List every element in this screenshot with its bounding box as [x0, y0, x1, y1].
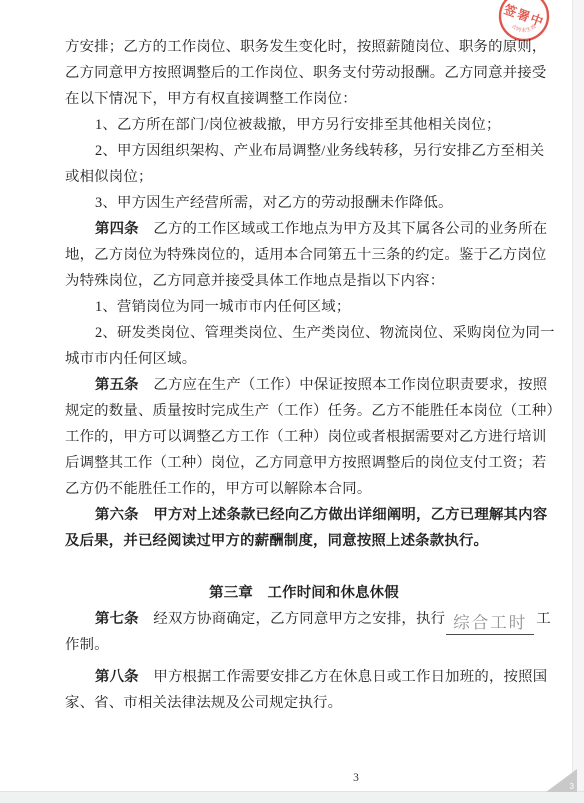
document-line: 城市市内任何区域。	[65, 346, 543, 372]
text-segment: 城市市内任何区域。	[65, 351, 196, 367]
document-line: 第四条 乙方的工作区域或工作地点为甲方及其下属各公司的业务所在	[65, 216, 543, 242]
text-segment: 在以下情况下，甲方有权直接调整工作岗位：	[65, 91, 357, 107]
text-segment: 及后果，并已经阅读过甲方的薪酬制度，同意按照上述条款执行。	[65, 533, 488, 549]
text-segment: 第七条	[95, 611, 139, 627]
text-segment: 规定的数量、质量按时完成生产（工作）任务。乙方不能胜任本岗位（工种）	[65, 403, 561, 419]
document-line: 作制。	[65, 632, 543, 658]
text-segment: 经双方协商确定，乙方同意甲方之安排，执行	[139, 611, 445, 627]
text-segment: 甲方根据工作需要安排乙方在休息日或工作日加班的，按照国	[139, 669, 548, 685]
document-line: 1、乙方所在部门/岗位被裁撤，甲方另行安排至其他相关岗位；	[65, 112, 543, 138]
text-segment: 第三章 工作时间和休息休假	[209, 585, 399, 601]
text-segment: 或相似岗位；	[65, 169, 153, 185]
document-line: 2、研发类岗位、管理类岗位、生产类岗位、物流岗位、采购岗位为同一	[65, 320, 543, 346]
document-line: 乙方同意甲方按照调整后的工作岗位、职务支付劳动报酬。乙方同意并接受	[65, 60, 543, 86]
text-segment: 工作的，甲方可以调整乙方工作（工种）岗位或者根据需要对乙方进行培训	[65, 429, 547, 445]
text-segment: 乙方同意甲方按照调整后的工作岗位、职务支付劳动报酬。乙方同意并接受	[65, 65, 547, 81]
viewer-bottom-gutter	[0, 791, 584, 803]
document-line: 为特殊岗位，乙方同意并接受具体工作地点是指以下内容：	[65, 268, 543, 294]
text-segment: 2、甲方因组织架构、产业布局调整/业务线转移，另行安排乙方至相关	[95, 143, 544, 159]
text-segment: 地，乙方岗位为特殊岗位的，适用本合同第五十三条的约定。鉴于乙方岗位	[65, 247, 547, 263]
document-lines: 方安排；乙方的工作岗位、职务发生变化时，按照薪随岗位、职务的原则，乙方同意甲方按…	[65, 34, 543, 716]
contract-page-content: 方安排；乙方的工作岗位、职务发生变化时，按照薪随岗位、职务的原则，乙方同意甲方按…	[65, 34, 543, 716]
text-segment: 家、省、市相关法律法规及公司规定执行。	[65, 695, 342, 711]
text-segment: 第六条	[95, 507, 139, 523]
document-line: 第七条 经双方协商确定，乙方同意甲方之安排，执行综合工时工	[65, 606, 543, 632]
document-line: 方安排；乙方的工作岗位、职务发生变化时，按照薪随岗位、职务的原则，	[65, 34, 543, 60]
chapter-heading: 第三章 工作时间和休息休假	[65, 580, 543, 606]
text-segment: 3、甲方因生产经营所需，对乙方的劳动报酬未作降低。	[95, 195, 453, 211]
document-line: 或相似岗位；	[65, 164, 543, 190]
text-segment: 工	[536, 611, 551, 627]
document-line: 3、甲方因生产经营所需，对乙方的劳动报酬未作降低。	[65, 190, 543, 216]
viewer-right-gutter	[572, 0, 584, 803]
document-line: 第六条 甲方对上述条款已经向乙方做出详细阐明，乙方已理解其内容	[65, 502, 543, 528]
text-segment: 2、研发类岗位、管理类岗位、生产类岗位、物流岗位、采购岗位为同一	[95, 325, 555, 341]
text-segment: 后调整其工作（工种）岗位，乙方同意甲方按照调整后的岗位支付工资；若	[65, 455, 547, 471]
document-line: 第八条 甲方根据工作需要安排乙方在休息日或工作日加班的，按照国	[65, 664, 543, 690]
text-segment: 1、乙方所在部门/岗位被裁撤，甲方另行安排至其他相关岗位；	[95, 117, 501, 133]
document-line: 地，乙方岗位为特殊岗位的，适用本合同第五十三条的约定。鉴于乙方岗位	[65, 242, 543, 268]
page-number: 3	[65, 765, 584, 791]
text-segment: 第五条	[95, 377, 139, 393]
text-segment: 乙方仍不能胜任工作的，甲方可以解除本合同。	[65, 481, 371, 497]
text-segment: 乙方应在生产（工作）中保证按照本工作岗位职责要求，按照	[139, 377, 548, 393]
text-segment: 甲方对上述条款已经向乙方做出详细阐明，乙方已理解其内容	[139, 507, 548, 523]
text-segment: 方安排；乙方的工作岗位、职务发生变化时，按照薪随岗位、职务的原则，	[65, 39, 547, 55]
page-corner-label: 3	[570, 783, 574, 791]
text-segment: 作制。	[65, 637, 109, 653]
stamp-main-text: 签署中	[501, 1, 547, 30]
text-segment: 第四条	[95, 221, 139, 237]
document-line: 规定的数量、质量按时完成生产（工作）任务。乙方不能胜任本岗位（工种）	[65, 398, 543, 424]
document-line: 家、省、市相关法律法规及公司规定执行。	[65, 690, 543, 716]
filled-blank-work-hour-system: 综合工时	[446, 613, 534, 635]
document-line: 1、营销岗位为同一城市市内任何区域；	[65, 294, 543, 320]
document-line: 在以下情况下，甲方有权直接调整工作岗位：	[65, 86, 543, 112]
document-line: 第五条 乙方应在生产（工作）中保证按照本工作岗位职责要求，按照	[65, 372, 543, 398]
document-line: 乙方仍不能胜任工作的，甲方可以解除本合同。	[65, 476, 543, 502]
document-line: 工作的，甲方可以调整乙方工作（工种）岗位或者根据需要对乙方进行培训	[65, 424, 543, 450]
document-line: 2、甲方因组织架构、产业布局调整/业务线转移，另行安排乙方至相关	[65, 138, 543, 164]
text-segment: 为特殊岗位，乙方同意并接受具体工作地点是指以下内容：	[65, 273, 444, 289]
document-line: 后调整其工作（工种）岗位，乙方同意甲方按照调整后的岗位支付工资；若	[65, 450, 543, 476]
document-line: 及后果，并已经阅读过甲方的薪酬制度，同意按照上述条款执行。	[65, 528, 543, 554]
text-segment: 第八条	[95, 669, 139, 685]
text-segment: 乙方的工作区域或工作地点为甲方及其下属各公司的业务所在	[139, 221, 548, 237]
text-segment: 1、营销岗位为同一城市市内任何区域；	[95, 299, 350, 315]
